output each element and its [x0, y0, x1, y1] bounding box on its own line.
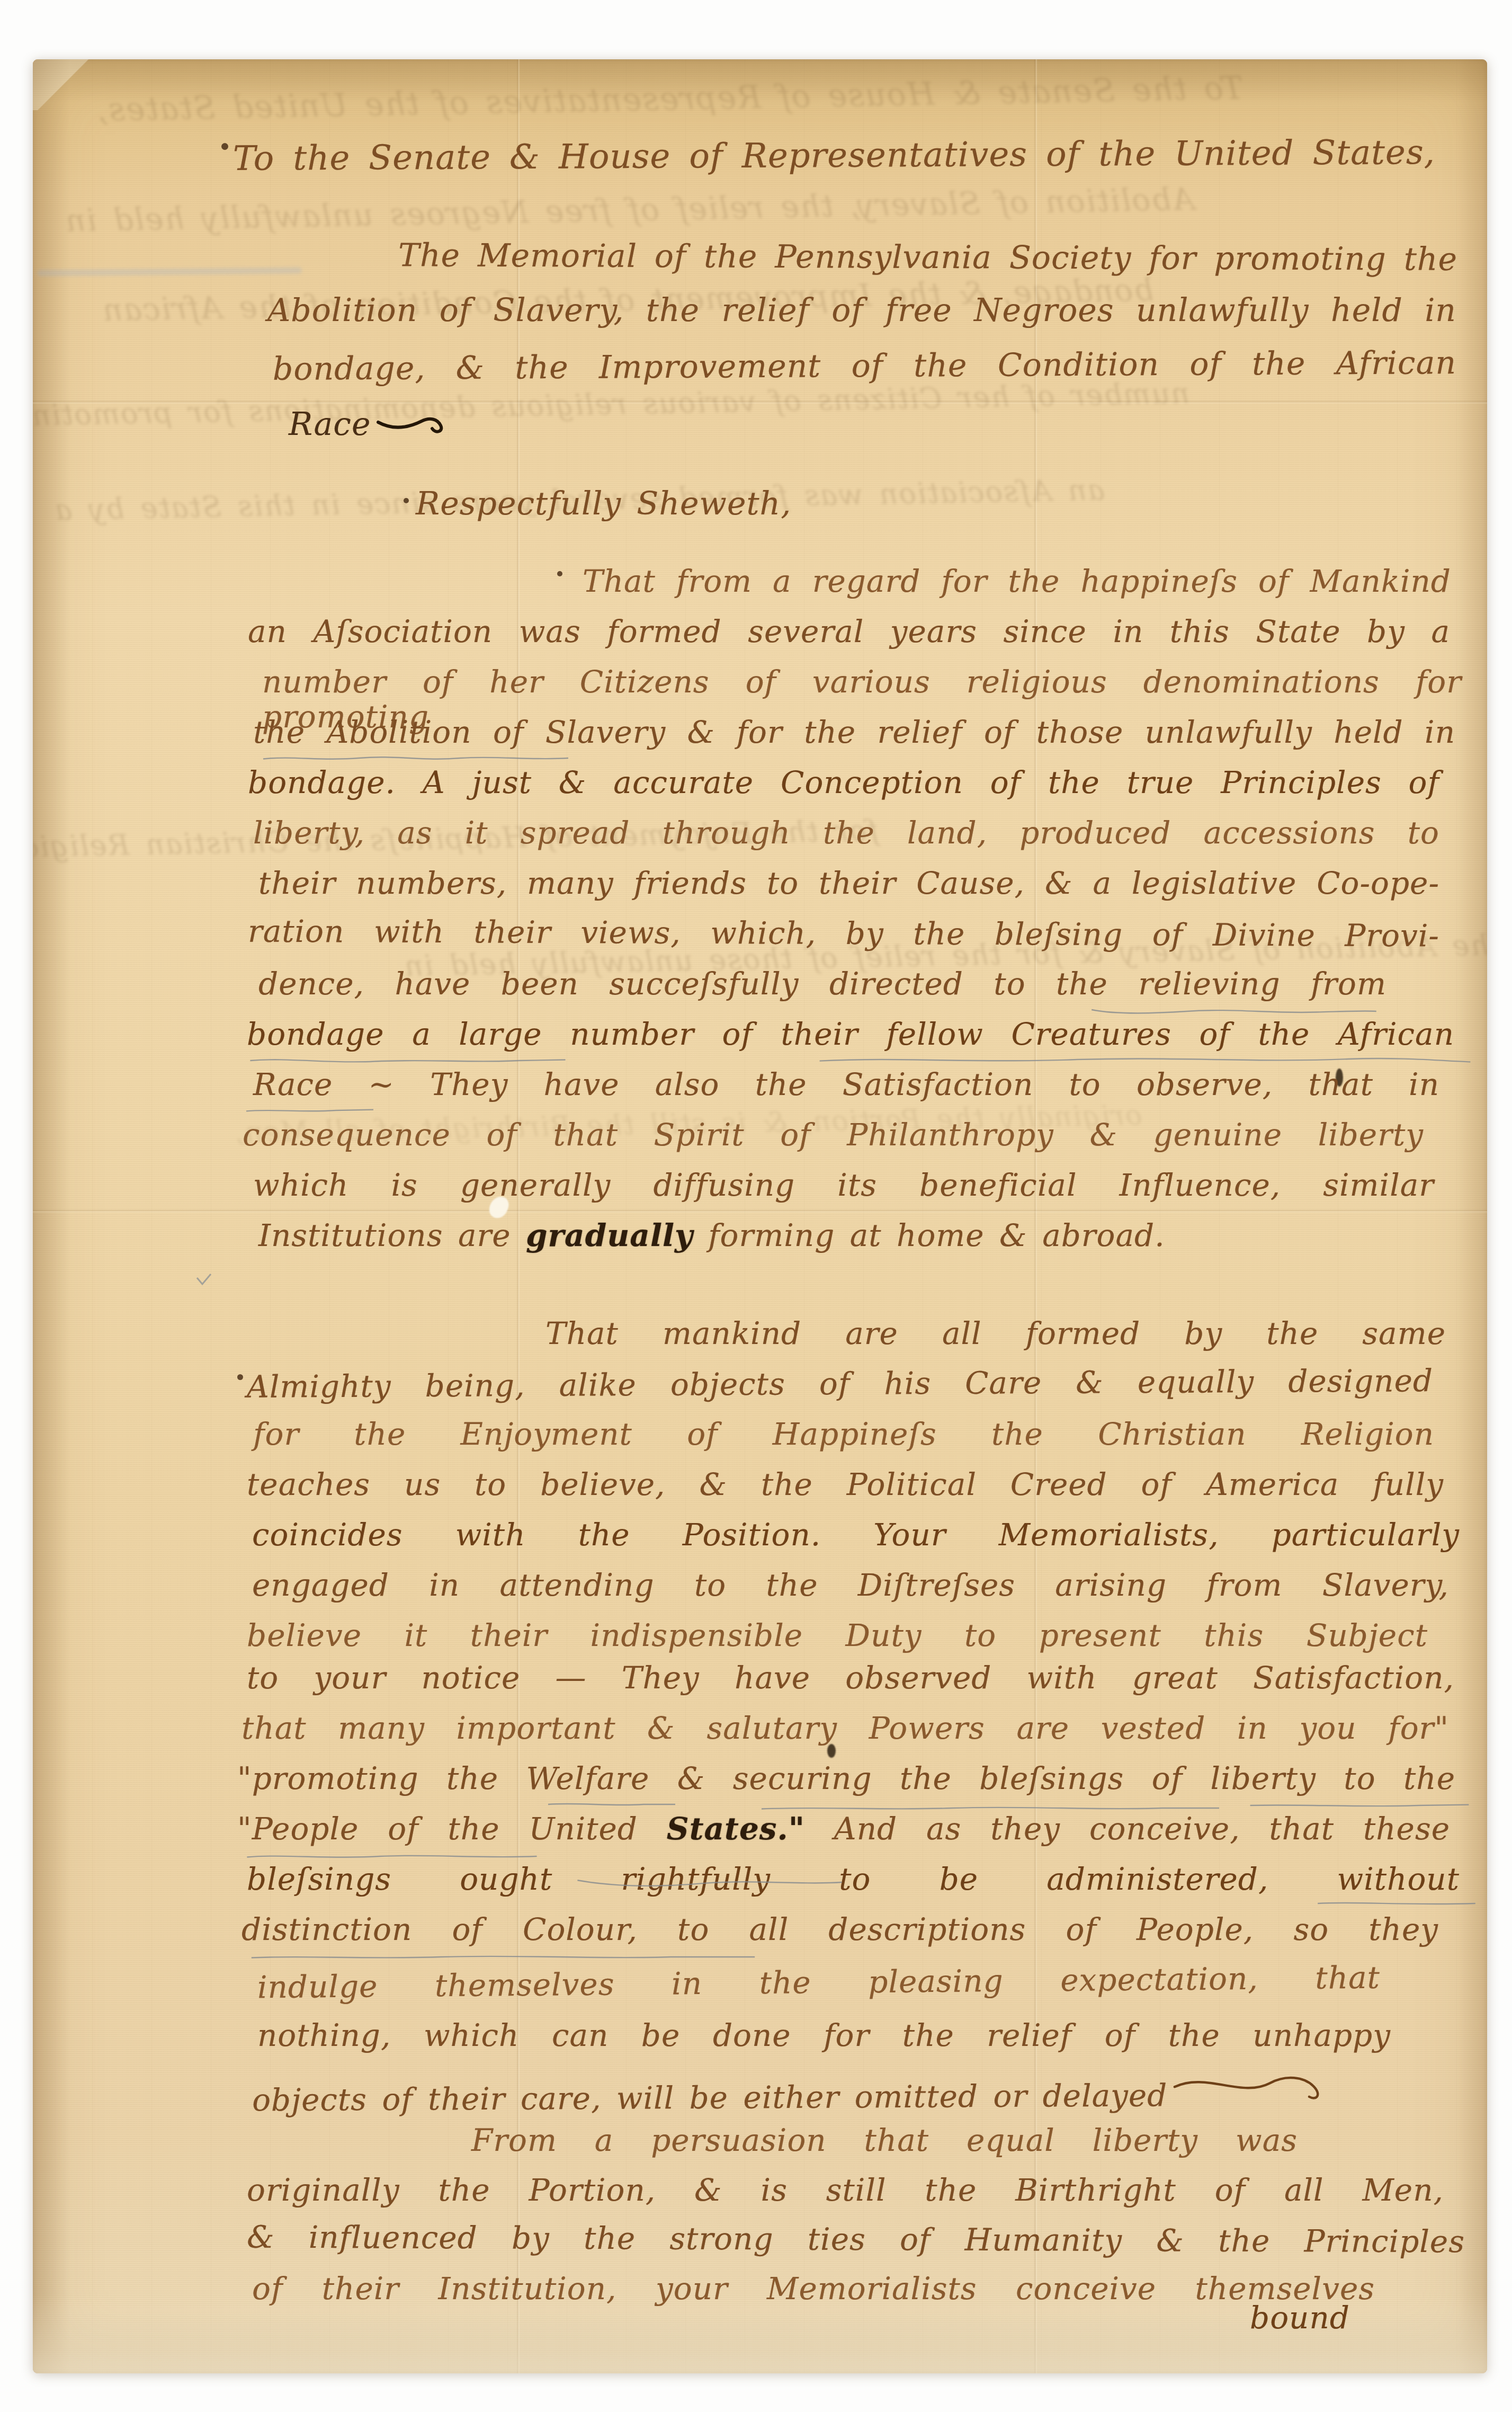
- line-segment: objects of their care, will be either om…: [252, 2077, 1168, 2118]
- pencil-underline: [1086, 1007, 1382, 1016]
- pencil-underline: [244, 1056, 572, 1065]
- line-segment: "People of the United: [237, 1811, 667, 1847]
- manuscript-line: teaches us to believe, & the Political C…: [247, 1467, 1444, 1502]
- manuscript-line: nothing, which can be done for the relie…: [257, 2018, 1391, 2053]
- line-segment: forming at home & abroad.: [693, 1217, 1165, 1253]
- manuscript-line: liberty, as it spread through the land, …: [253, 815, 1439, 850]
- manuscript-line: Almighty being, alike objects of his Car…: [247, 1363, 1433, 1404]
- pencil-underline: [1314, 1899, 1479, 1908]
- flourish-icon: [1173, 2068, 1331, 2106]
- scan-background: { "document": { "heading": "To the Senat…: [0, 0, 1512, 2412]
- pencil-underline: [572, 1875, 847, 1889]
- manuscript-line: which is generally diffusing its benefic…: [253, 1168, 1434, 1203]
- pencil-underline: [806, 1053, 1484, 1065]
- line-segment: Institutions are: [258, 1217, 526, 1253]
- ink-blot: [237, 1374, 243, 1380]
- manuscript-line: bondage a large number of their fellow C…: [247, 1017, 1454, 1052]
- manuscript-line: for the Enjoyment of Happineſs the Chris…: [253, 1417, 1434, 1452]
- pencil-underline: [241, 1852, 543, 1861]
- manuscript-line: From a persuasion that equal liberty was: [471, 2123, 1298, 2158]
- manuscript-line: coincides with the Position. Your Memori…: [252, 1517, 1460, 1552]
- manuscript-line: That mankind are all formed by the same: [545, 1316, 1446, 1351]
- manuscript-line: bleſsings ought rightfully to be adminis…: [247, 1862, 1460, 1897]
- manuscript-line: originally the Portion, & is still the B…: [247, 2173, 1444, 2208]
- ink-blot: [557, 571, 562, 576]
- manuscript-line: dence, have been succeſsfully directed t…: [258, 966, 1386, 1001]
- manuscript-line: That from a regard for the happineſs of …: [583, 564, 1451, 599]
- manuscript-line: that many important & salutary Powers ar…: [241, 1711, 1449, 1746]
- pencil-check-mark: [195, 1271, 213, 1287]
- ink-blot: [404, 498, 409, 503]
- ink-blot: [221, 143, 228, 150]
- manuscript-line: the Abolition of Slavery & for the relie…: [253, 715, 1455, 750]
- manuscript-line: Institutions are gradually forming at ho…: [258, 1218, 1165, 1253]
- pencil-underline: [257, 753, 575, 763]
- manuscript-line: Race: [289, 406, 455, 442]
- manuscript-line: Abolition of Slavery, the relief of free…: [267, 292, 1456, 328]
- manuscript-line: engaged in attending to the Diſtreſses a…: [252, 1568, 1449, 1603]
- manuscript-line: believe it their indispensible Duty to p…: [247, 1618, 1428, 1653]
- manuscript-line: distinction of Colour, to all descriptio…: [241, 1912, 1438, 1947]
- word-race: Race: [289, 406, 371, 443]
- address-line: To the Senate & House of Representatives…: [233, 133, 1435, 179]
- manuscript-line: bondage. A just & accurate Conception of…: [248, 765, 1439, 800]
- pencil-underline: [752, 1803, 1229, 1813]
- overwritten-word-states: States.": [667, 1811, 805, 1847]
- manuscript-line: ration with their views, which, by the b…: [248, 914, 1439, 954]
- manuscript-line: of their Institution, your Memorialists …: [252, 2271, 1375, 2306]
- manuscript-line: "promoting the Welfare & securing the bl…: [237, 1761, 1455, 1796]
- pencil-underline: [545, 1800, 678, 1809]
- manuscript-line: bondage, & the Improvement of the Condit…: [273, 345, 1456, 387]
- manuscript-line: & influenced by the strong ties of Human…: [247, 2220, 1465, 2259]
- overwritten-word-gradually: gradually: [526, 1217, 693, 1253]
- manuscript-line: objects of their care, will be either om…: [252, 2068, 1332, 2118]
- manuscript-line: to your notice — They have observed with…: [247, 1660, 1454, 1695]
- manuscript-line: "People of the United States." And as th…: [237, 1811, 1450, 1846]
- pencil-underline: [1246, 1801, 1473, 1810]
- pencil-underline: [244, 1106, 376, 1115]
- manuscript-line: consequence of that Spirit of Philanthro…: [243, 1117, 1424, 1152]
- flourish-icon: [376, 412, 455, 435]
- manuscript-page: To the Senate & House of Representatives…: [33, 59, 1487, 2373]
- catchword: bound: [1250, 2300, 1350, 2335]
- manuscript-line: their numbers, many friends to their Cau…: [258, 866, 1439, 901]
- manuscript-line: The Memorial of the Pennsylvania Society…: [398, 237, 1457, 278]
- manuscript-line: an Aſsociation was formed several years …: [248, 614, 1450, 649]
- manuscript-line: Race ~ They have also the Satisfaction t…: [253, 1067, 1439, 1102]
- pencil-underline: [241, 1952, 765, 1962]
- line-segment: And as they conceive, that these: [805, 1811, 1450, 1847]
- salutation-line: Respectfully Sheweth,: [416, 486, 791, 522]
